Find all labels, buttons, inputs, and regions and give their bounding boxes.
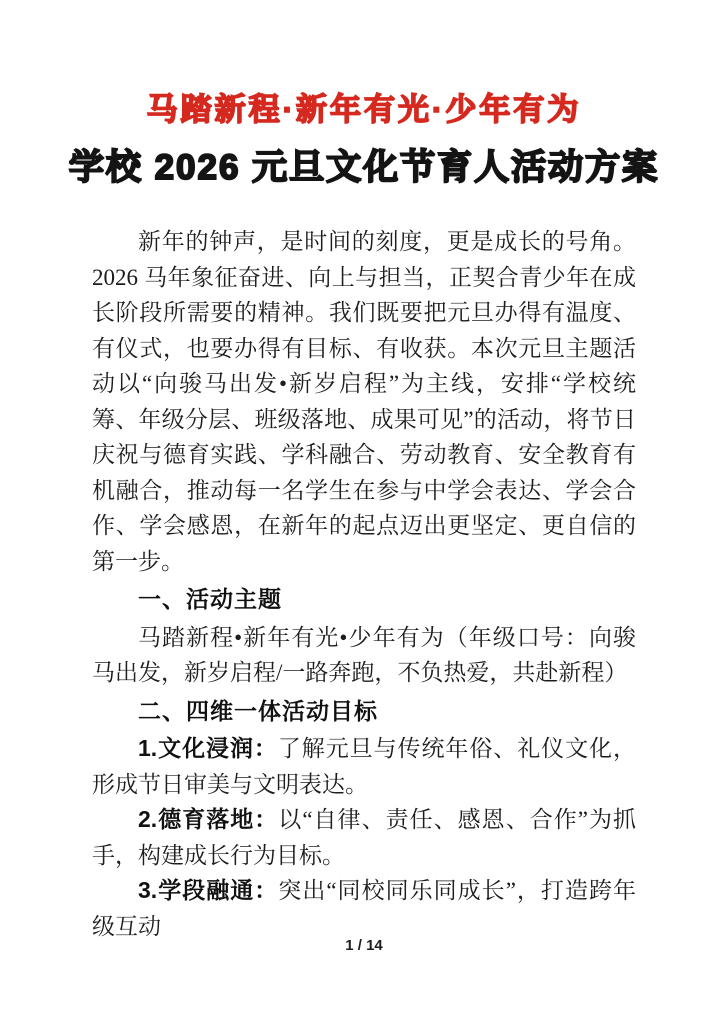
goal-item-moral: 2.德育落地：以“自律、责任、感恩、合作”为抓手，构建成长行为目标。 xyxy=(92,802,636,873)
document-body: 新年的钟声，是时间的刻度，更是成长的号角。2026 马年象征奋进、向上与担当，正… xyxy=(92,224,636,944)
intro-paragraph: 新年的钟声，是时间的刻度，更是成长的号角。2026 马年象征奋进、向上与担当，正… xyxy=(92,224,636,579)
section-heading-activity-theme: 一、活动主题 xyxy=(92,579,636,620)
page-number: 1 / 14 xyxy=(0,937,728,954)
goal-item-grade-integration-label: 3.学段融通： xyxy=(138,877,278,903)
goal-item-moral-label: 2.德育落地： xyxy=(138,806,278,832)
title-block: 马踏新程·新年有光·少年有为 学校 2026 元旦文化节育人活动方案 xyxy=(0,88,728,192)
section-heading-activity-goals: 二、四维一体活动目标 xyxy=(92,691,636,732)
goal-item-grade-integration: 3.学段融通：突出“同校同乐同成长”，打造跨年级互动 xyxy=(92,873,636,944)
document-subtitle-red: 马踏新程·新年有光·少年有为 xyxy=(0,88,728,132)
goal-item-culture: 1.文化浸润：了解元旦与传统年俗、礼仪文化，形成节日审美与文明表达。 xyxy=(92,731,636,802)
document-page: 马踏新程·新年有光·少年有为 学校 2026 元旦文化节育人活动方案 新年的钟声… xyxy=(0,0,728,1024)
document-main-title: 学校 2026 元旦文化节育人活动方案 xyxy=(0,144,728,192)
goal-item-culture-label: 1.文化浸润： xyxy=(138,735,278,761)
section-theme-paragraph: 马踏新程•新年有光•少年有为（年级口号：向骏马出发，新岁启程/一路奔跑，不负热爱… xyxy=(92,620,636,691)
